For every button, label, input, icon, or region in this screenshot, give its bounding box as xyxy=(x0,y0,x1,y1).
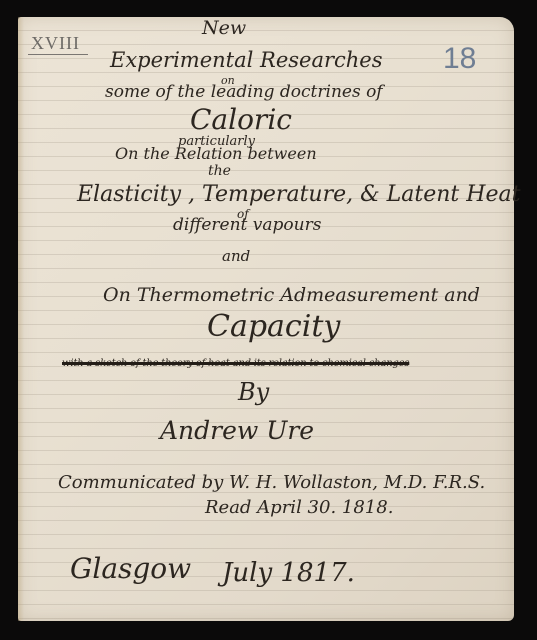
title-leading-doctrines: some of the leading doctrines of xyxy=(105,82,383,102)
read-date: Read April 30. 1818. xyxy=(205,497,393,518)
date-july-1817: July 1817. xyxy=(222,558,355,588)
struck-through-line: with a sketch of the theory of heat and … xyxy=(62,358,409,369)
title-thermometric-admeasurement: On Thermometric Admeasurement and xyxy=(103,284,480,306)
title-caloric: Caloric xyxy=(190,103,292,136)
place-glasgow: Glasgow xyxy=(70,552,191,585)
title-elasticity-temperature-latent-heat: Elasticity , Temperature, & Latent Heat xyxy=(77,182,520,207)
title-new: New xyxy=(202,17,246,39)
title-relation-between: On the Relation between xyxy=(115,144,317,163)
title-experimental-researches: Experimental Researches xyxy=(110,48,383,72)
roman-numeral-underline xyxy=(28,54,88,55)
roman-numeral-annotation: XVIII xyxy=(31,33,80,54)
page-number-annotation: 18 xyxy=(443,42,476,76)
title-capacity: Capacity xyxy=(207,309,340,344)
title-and: and xyxy=(222,247,250,265)
title-different-vapours: different vapours xyxy=(173,215,321,235)
communicated-by: Communicated by W. H. Wollaston, M.D. F.… xyxy=(58,472,485,493)
title-the: the xyxy=(208,163,231,179)
author-name: Andrew Ure xyxy=(160,416,314,445)
title-by: By xyxy=(238,378,269,406)
